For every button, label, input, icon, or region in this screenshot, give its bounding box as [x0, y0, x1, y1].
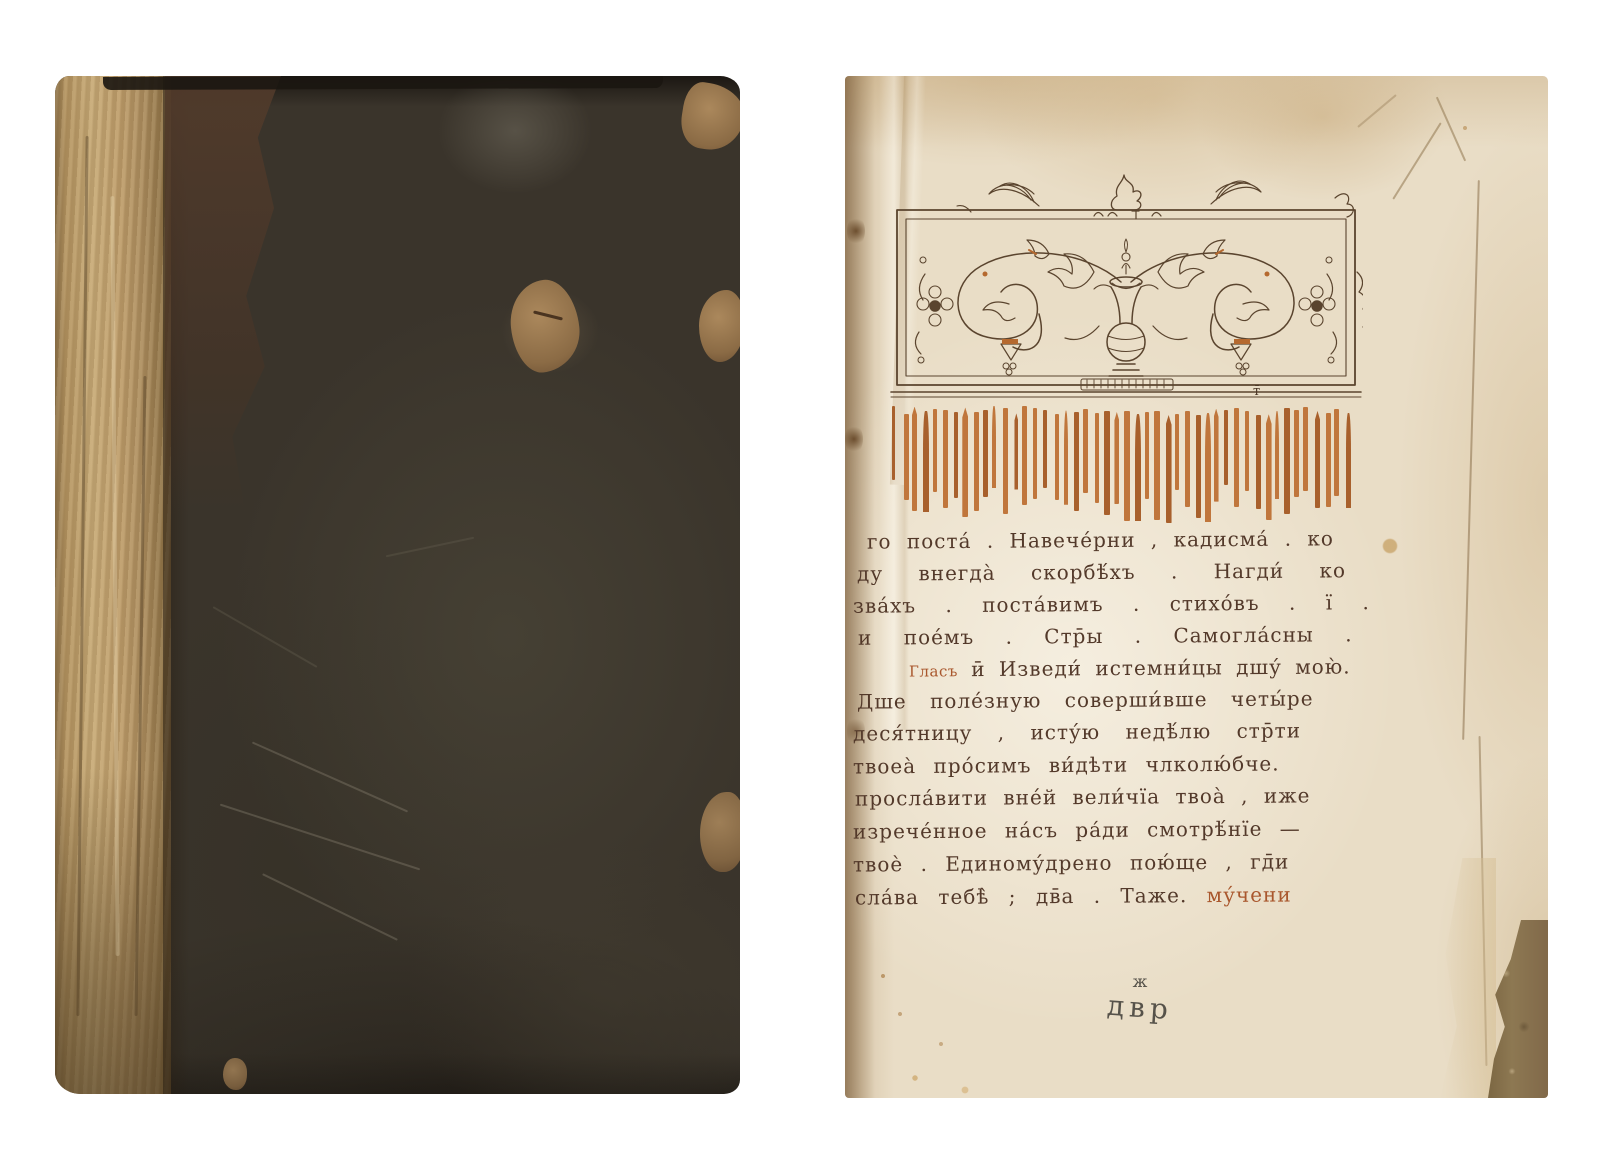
worn-patch-center: [506, 277, 583, 376]
worn-patch-bottom: [223, 1058, 247, 1090]
manuscript-line: Гласъ ӣ Изведи́ истемни́цы дшу́ мою̀.: [909, 654, 1351, 681]
manuscript-page: т̄ го поста́ . Навече́рни , кадисма́ . к…: [845, 76, 1548, 1098]
scratch-mark: [213, 606, 318, 668]
worn-patch-right-lower: [700, 792, 740, 872]
scratch-mark: [220, 804, 420, 871]
book-head-edge: [103, 76, 663, 90]
manuscript-line: Дше поле́зную соверши́вше четы́ре: [857, 686, 1314, 713]
manuscript-text: го поста́ . Навече́рни , кадисма́ . коду…: [845, 76, 1548, 1098]
quire-mark: ж двр: [1095, 972, 1185, 1024]
manuscript-line: сла́ва тебѣ̀ ; дв̄а . Таже. му́чени: [855, 882, 1292, 909]
dark-leather-strip: [165, 76, 281, 516]
worn-patch-top-right: [677, 80, 740, 155]
manuscript-line: деся́тницу , исту́ю недѣ́лю стр̄ти: [853, 718, 1301, 745]
manuscript-line: изрече́нное на́съ ра́ди смотрѣ́нїе —: [853, 816, 1301, 843]
quire-mark-text: двр: [1094, 988, 1186, 1027]
manuscript-line: твоеа̀ про́симъ ви́дѣти члколю́бче.: [853, 752, 1280, 779]
manuscript-line: го поста́ . Навече́рни , кадисма́ . ко: [867, 526, 1334, 553]
manuscript-line: твоѐ . Единому́дрено пою́ще , гд̄и: [853, 849, 1289, 876]
manuscript-line: и пое́мъ . Стр̄ы . Самогла́сны .: [858, 622, 1353, 649]
scratch-mark: [386, 537, 474, 558]
book-cover: [55, 76, 740, 1094]
manuscript-line: ду внегда̀ скорбѣ́хъ . Нагди́ ко: [857, 558, 1346, 585]
scratch-mark: [252, 742, 408, 813]
manuscript-line: просла́вити вне́й вели́чїа твоа̀ , иже: [855, 783, 1311, 810]
worn-patch-right-middle: [699, 290, 740, 362]
scratch-mark: [262, 873, 398, 941]
manuscript-line: зва́хъ . поста́вимъ . стихо́въ . ї .: [853, 590, 1370, 618]
